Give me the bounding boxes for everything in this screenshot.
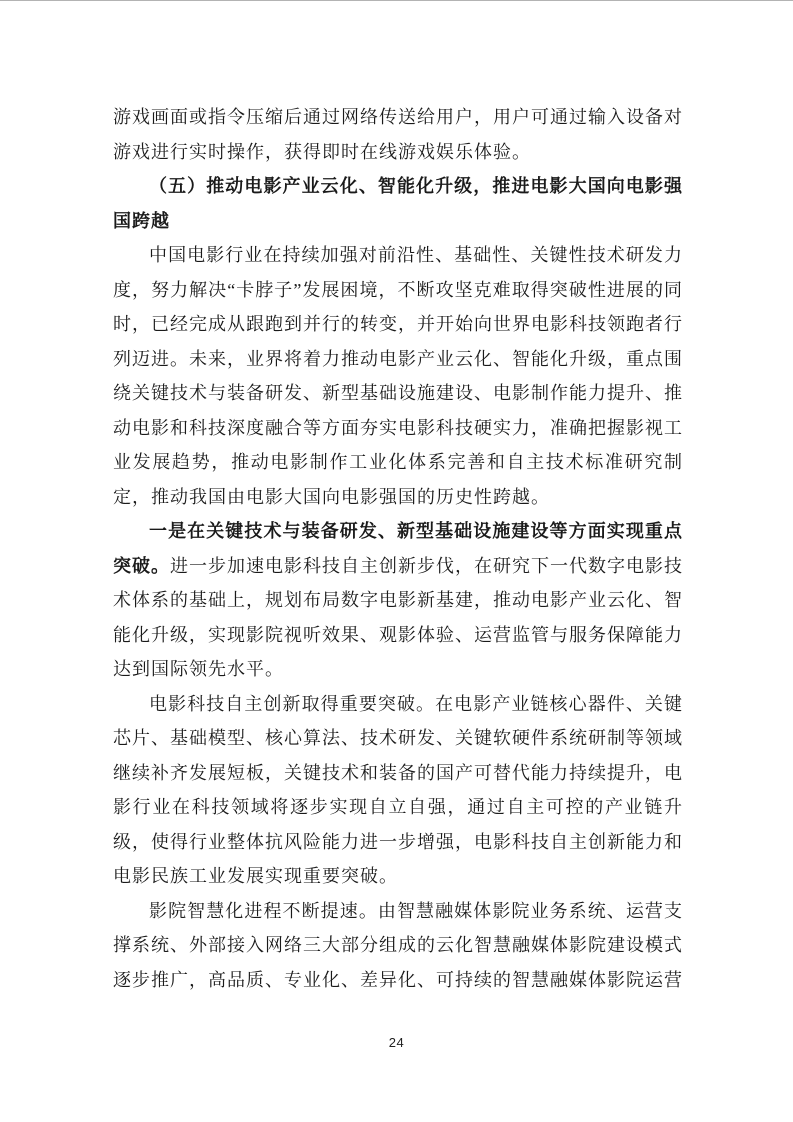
paragraph-keypoint: 一是在关键技术与装备研发、新型基础设施建设等方面实现重点突破。进一步加速电影科技… (113, 514, 683, 687)
page-footer: 24 (0, 1034, 793, 1052)
section-heading: （五）推动电影产业云化、智能化升级，推进电影大国向电影强国跨越 (113, 169, 683, 238)
paragraph-keypoint-body: 进一步加速电影科技自主创新步伐，在研究下一代数字电影技术体系的基础上，规划布局数… (113, 556, 683, 680)
paragraph-innovation: 电影科技自主创新取得重要突破。在电影产业链核心器件、关键芯片、基础模型、核心算法… (113, 687, 683, 894)
page-number: 24 (389, 1035, 404, 1050)
document-page: 游戏画面或指令压缩后通过网络传送给用户，用户可通过输入设备对游戏进行实时操作，获… (0, 0, 793, 1122)
paragraph-overview: 中国电影行业在持续加强对前沿性、基础性、关键性技术研发力度，努力解决“卡脖子”发… (113, 238, 683, 514)
paragraph-continuation: 游戏画面或指令压缩后通过网络传送给用户，用户可通过输入设备对游戏进行实时操作，获… (113, 100, 683, 169)
page-content: 游戏画面或指令压缩后通过网络传送给用户，用户可通过输入设备对游戏进行实时操作，获… (113, 100, 683, 997)
paragraph-smart-cinema: 影院智慧化进程不断提速。由智慧融媒体影院业务系统、运营支撑系统、外部接入网络三大… (113, 894, 683, 998)
page-top-border (0, 0, 793, 1)
